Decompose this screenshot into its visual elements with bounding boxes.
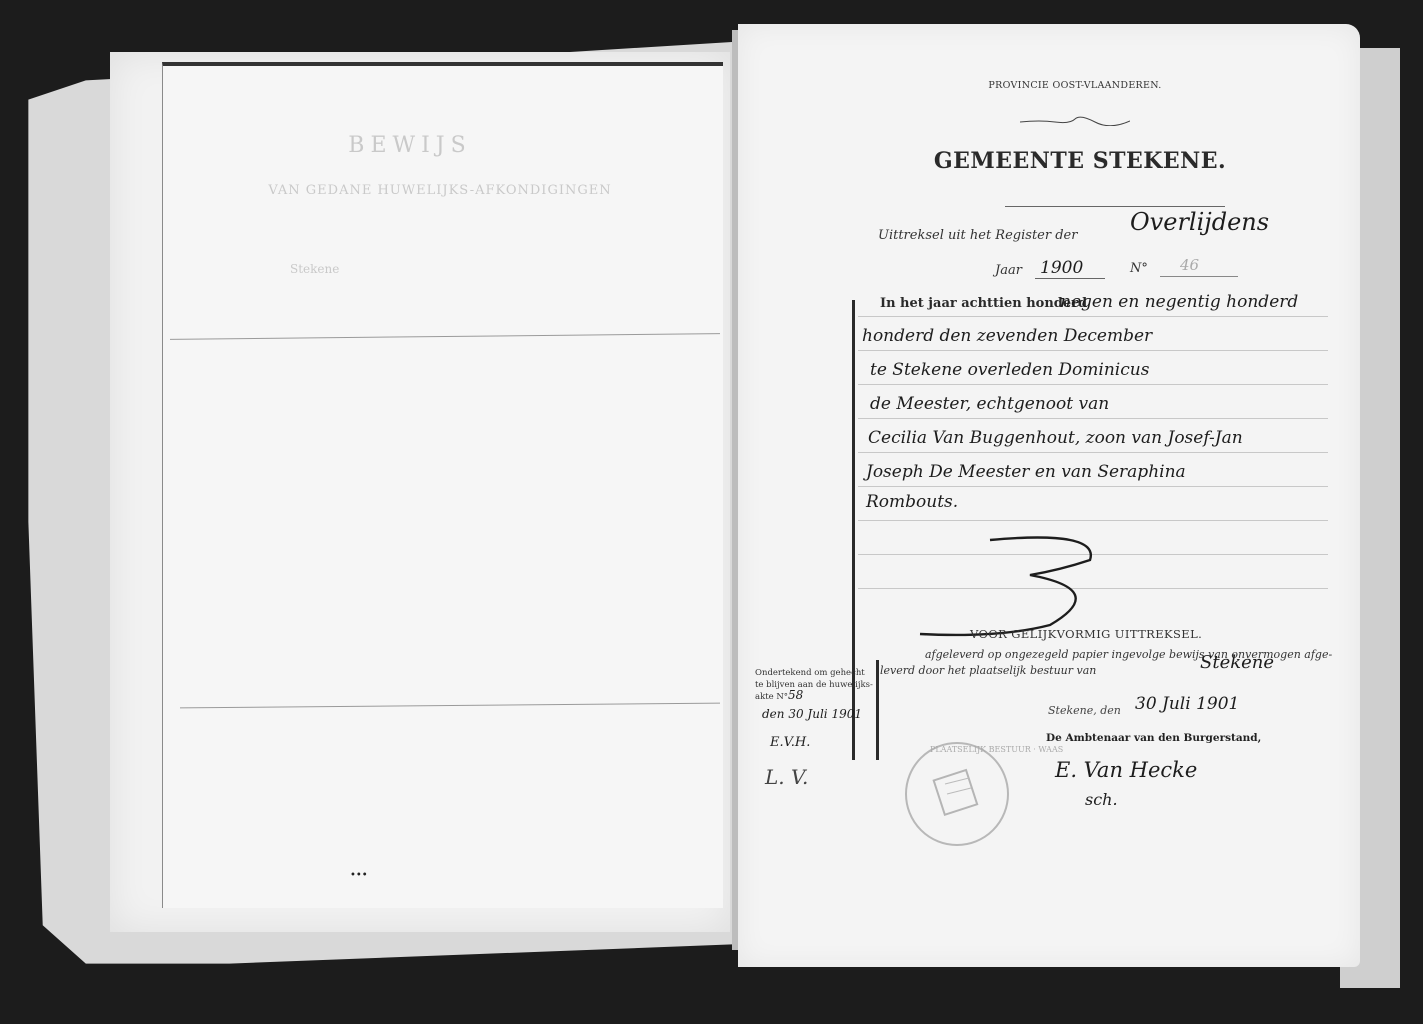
issue-date: 30 Juli 1901 (1135, 694, 1239, 714)
signature-suffix: sch. (1085, 790, 1118, 809)
ruled-line (858, 350, 1328, 351)
year-label: Jaar (995, 263, 1022, 278)
ruled-line (858, 452, 1328, 453)
ruled-line (858, 418, 1328, 419)
ornament-divider (1020, 116, 1130, 126)
handwritten-line: Cecilia Van Buggenhout, zoon van Josef-J… (868, 428, 1243, 448)
left-ghost-title: BEWIJS (330, 133, 490, 158)
ruled-line (858, 384, 1328, 385)
margin-note-reference: E.V.H. (770, 735, 810, 750)
province-heading: PROVINCIE OOST-VLAANDEREN. (985, 80, 1165, 91)
ruled-line (858, 316, 1328, 317)
handwritten-line: honderd den zevenden December (862, 326, 1152, 346)
official-title: De Ambtenaar van den Burgerstand, (1046, 732, 1261, 744)
seal-text: PLAATSELIJK BESTUUR · WAAS (930, 745, 1063, 754)
closing-flourish (880, 530, 1140, 640)
year-value: 1900 (1040, 258, 1083, 278)
official-signature: E. Van Hecke (1055, 758, 1197, 782)
margin-rule (876, 660, 879, 760)
ruled-line (858, 520, 1328, 521)
margin-note-number: 58 (788, 688, 803, 702)
delivered-line-2: leverd door het plaatselijk bestuur van (880, 664, 1096, 677)
ink-mark: ••• (350, 870, 368, 881)
left-ghost-subtitle: VAN GEDANE HUWELIJKS-AFKONDIGINGEN (240, 183, 640, 198)
register-label: Uittreksel uit het Register der (878, 228, 1077, 243)
body-intro: In het jaar achttien honderd (880, 296, 1087, 311)
certification-heading: VOOR GELIJKVORMIG UITTREKSEL. (970, 627, 1202, 641)
place-label: Stekene, den (1048, 704, 1121, 717)
rule (1160, 276, 1238, 277)
number-value: 46 (1180, 256, 1199, 274)
number-label: N° (1130, 261, 1148, 276)
municipality-title: GEMEENTE STEKENE. (900, 148, 1260, 174)
ruled-line (858, 486, 1328, 487)
issuer-value: Stekene (1200, 652, 1274, 673)
margin-note-text: Ondertekend om gehecht te blijven aan de… (755, 667, 875, 703)
handwritten-line: te Stekene overleden Dominicus (870, 360, 1149, 380)
handwritten-line: negen en negentig honderd (1060, 292, 1298, 312)
rule (1035, 278, 1105, 279)
register-value: Overlijdens (1130, 208, 1269, 236)
handwritten-line: de Meester, echtgenoot van (870, 394, 1109, 414)
seal-emblem-icon (907, 744, 1007, 844)
left-ghost-small: Stekene (290, 262, 339, 276)
municipal-seal (905, 742, 1009, 846)
margin-note-initials: L. V. (765, 765, 808, 789)
margin-note-date: den 30 Juli 1901 (762, 707, 862, 721)
handwritten-line: Rombouts. (866, 492, 958, 512)
handwritten-line: Joseph De Meester en van Seraphina (866, 462, 1186, 482)
rule (1005, 206, 1225, 207)
